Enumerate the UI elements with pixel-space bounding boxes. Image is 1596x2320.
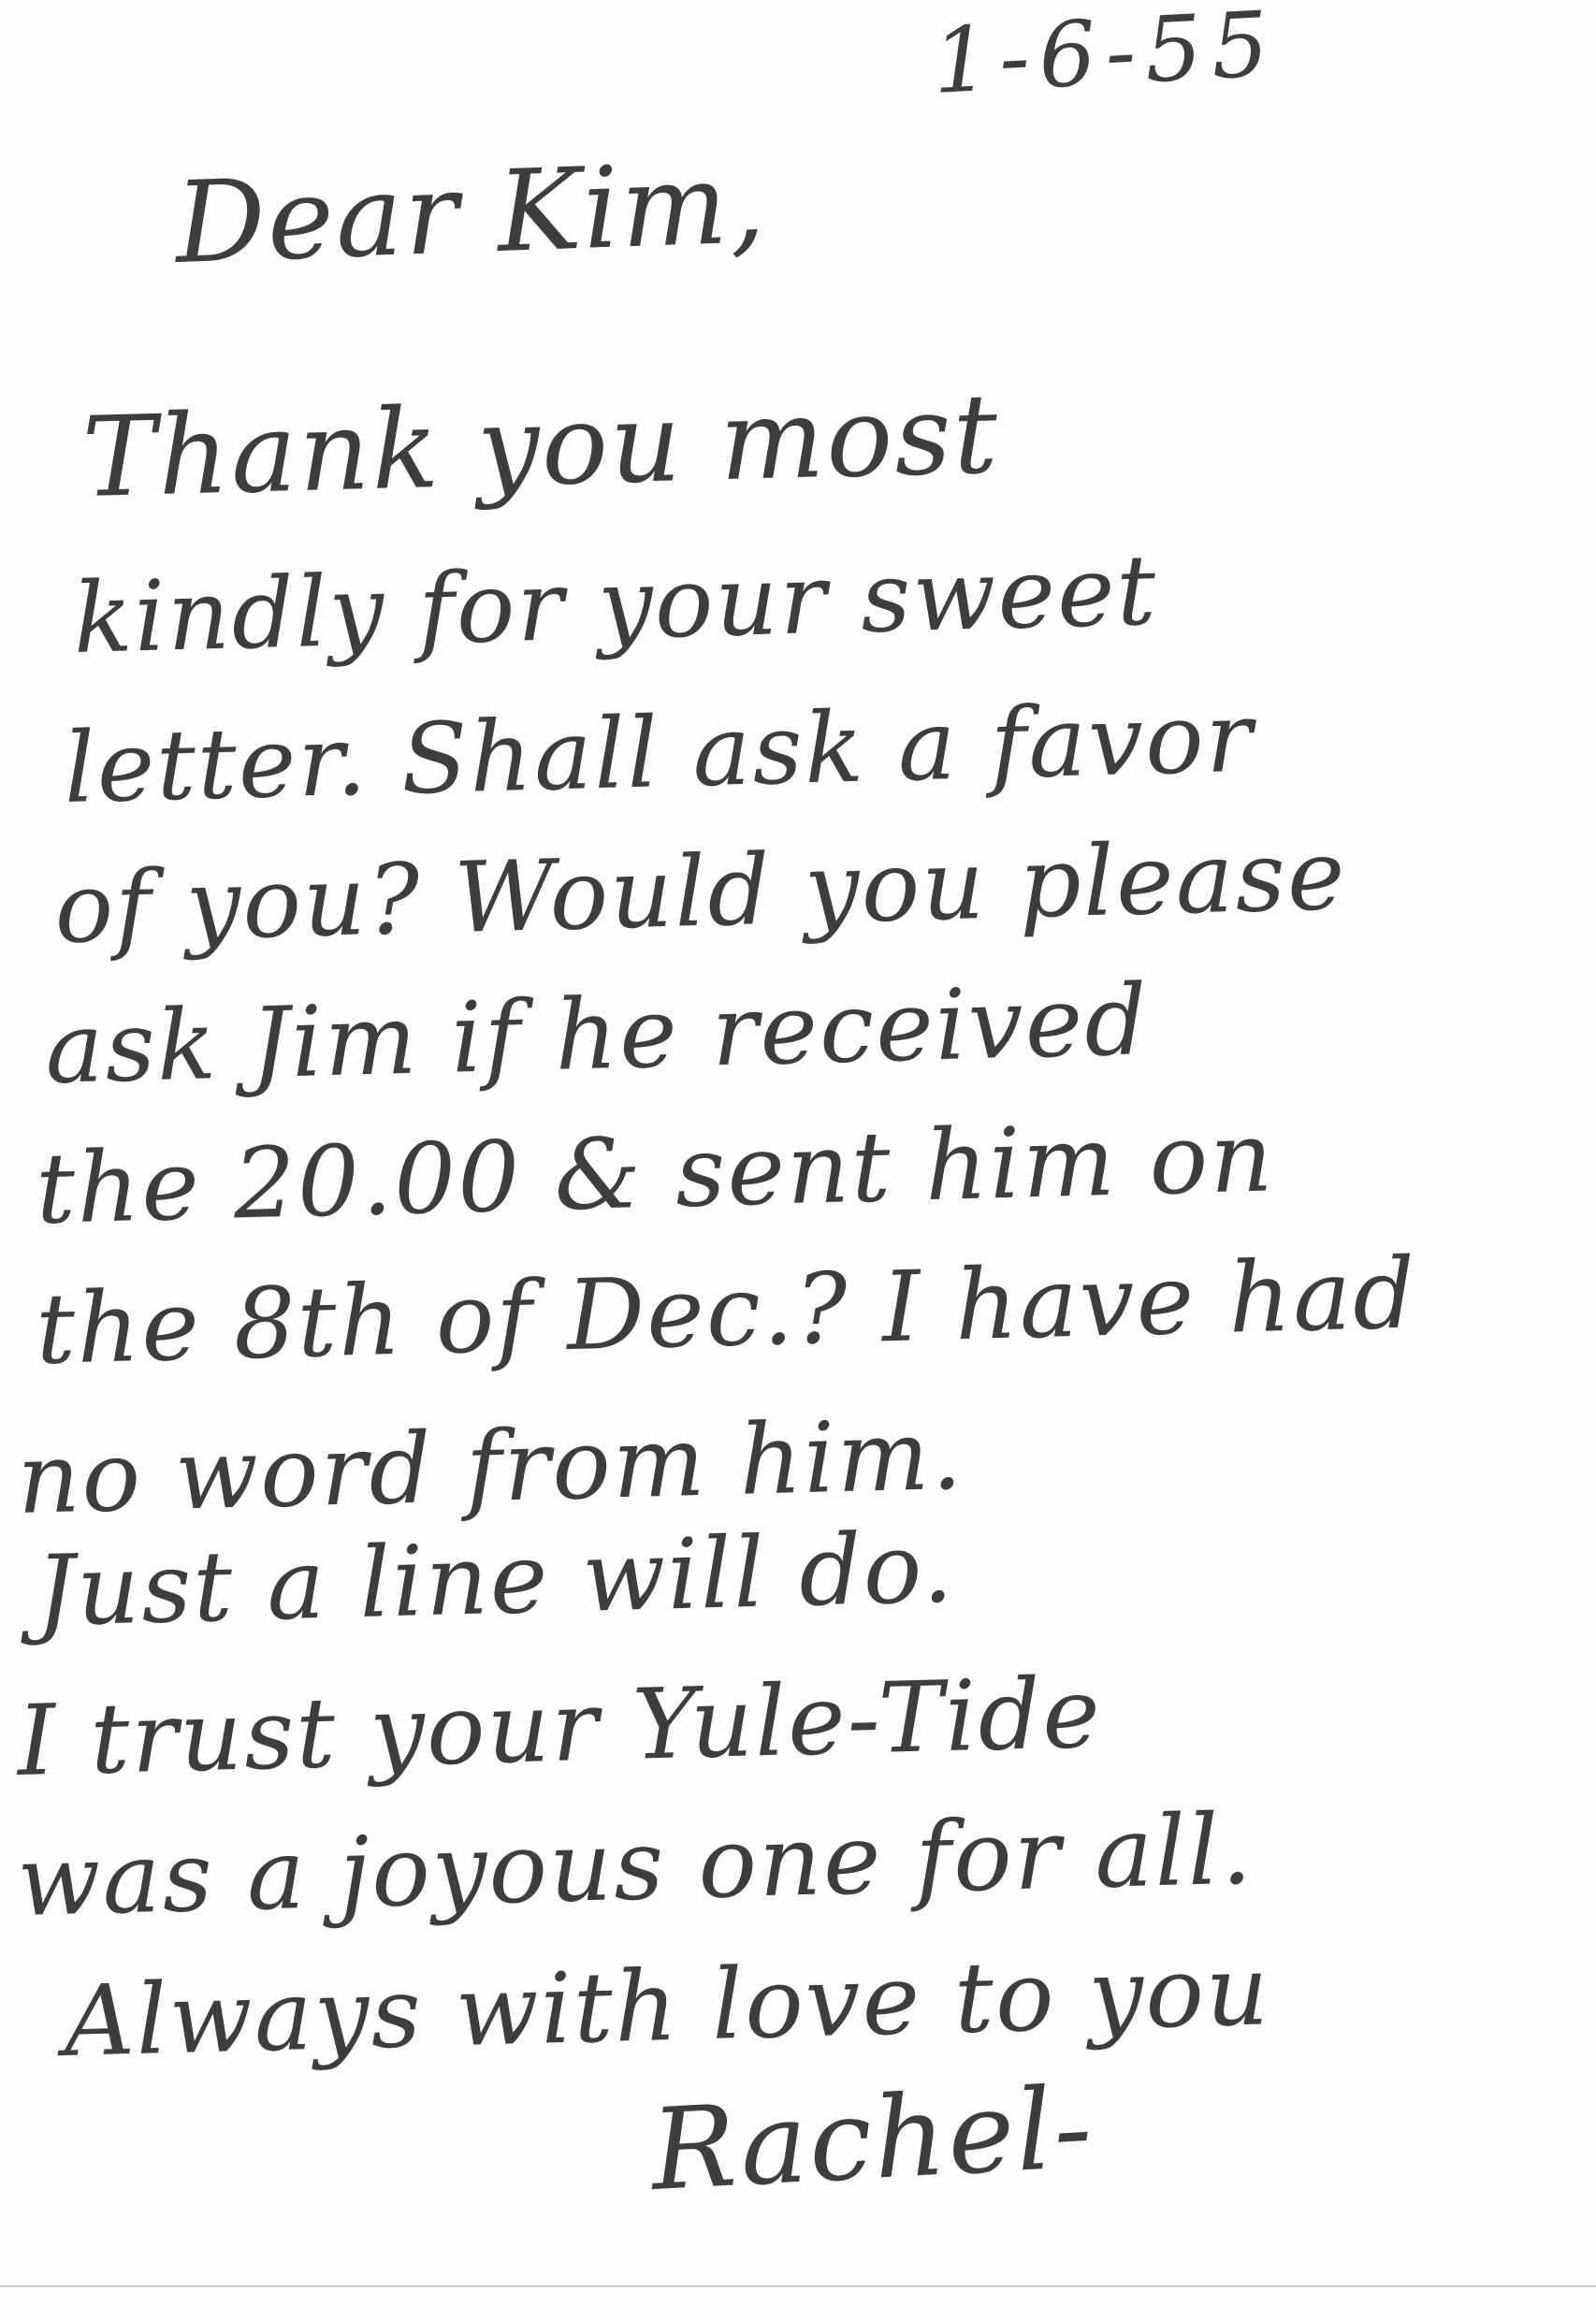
letter-line: I trust your Yule-Tide	[16, 1656, 1103, 1798]
letter-line: Just a line will do.	[35, 1510, 956, 1648]
paper-edge-divider	[0, 2285, 1596, 2287]
letter-line: letter. Shall ask a favor	[63, 680, 1255, 825]
letter-date: 1-6-55	[930, 0, 1281, 114]
letter-signature: Rachel-	[648, 2063, 1097, 2216]
letter-line: of you? Would you please	[53, 818, 1348, 965]
letter-page: 1-6-55 Dear Kim, Thank you most kindly f…	[0, 0, 1596, 2320]
letter-line: Thank you most	[80, 369, 1000, 522]
letter-line: the 20.00 & sent him on	[35, 1099, 1276, 1246]
letter-closing: Always with love to you	[63, 1933, 1271, 2079]
letter-line: was a joyous one for all.	[16, 1791, 1255, 1938]
letter-line: ask Jim if he received	[44, 963, 1150, 1106]
letter-line: the 8th of Dec.? I have had	[35, 1236, 1418, 1386]
letter-line: kindly for your sweet	[72, 533, 1159, 675]
letter-salutation: Dear Kim,	[173, 138, 769, 289]
